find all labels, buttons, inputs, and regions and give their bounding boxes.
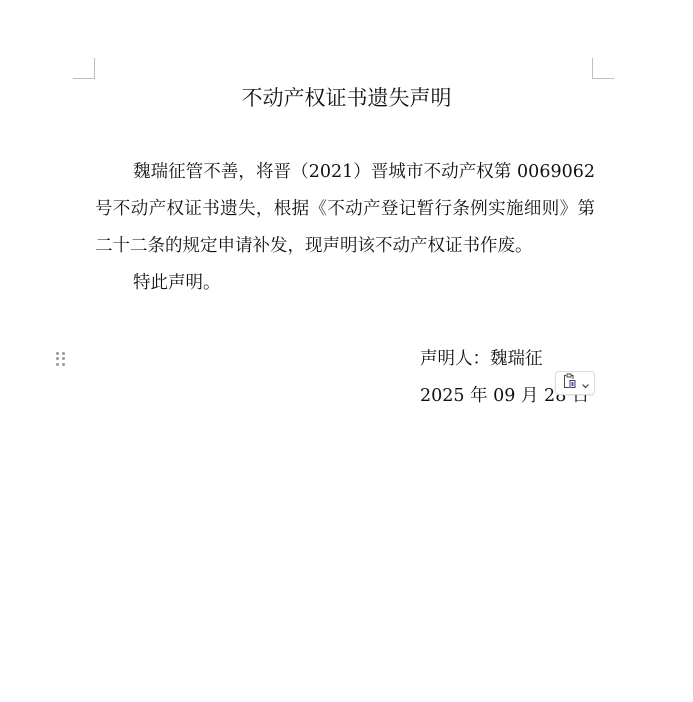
closing-statement: 特此声明。 <box>95 265 595 302</box>
page-margin-corner-top-left <box>73 58 95 79</box>
paste-options-button[interactable] <box>555 371 595 395</box>
body-paragraph: 魏瑞征管不善，将晋（2021）晋城市不动产权第 0069062 号不动产权证书遗… <box>95 154 595 265</box>
page-margin-corner-top-right <box>592 58 614 79</box>
declarant-line: 声明人：魏瑞征 <box>420 341 543 378</box>
document-title: 不动产权证书遗失声明 <box>0 84 693 112</box>
chevron-down-icon <box>582 374 589 393</box>
drag-handle-icon[interactable] <box>56 352 66 366</box>
clipboard-paste-icon <box>562 373 578 393</box>
